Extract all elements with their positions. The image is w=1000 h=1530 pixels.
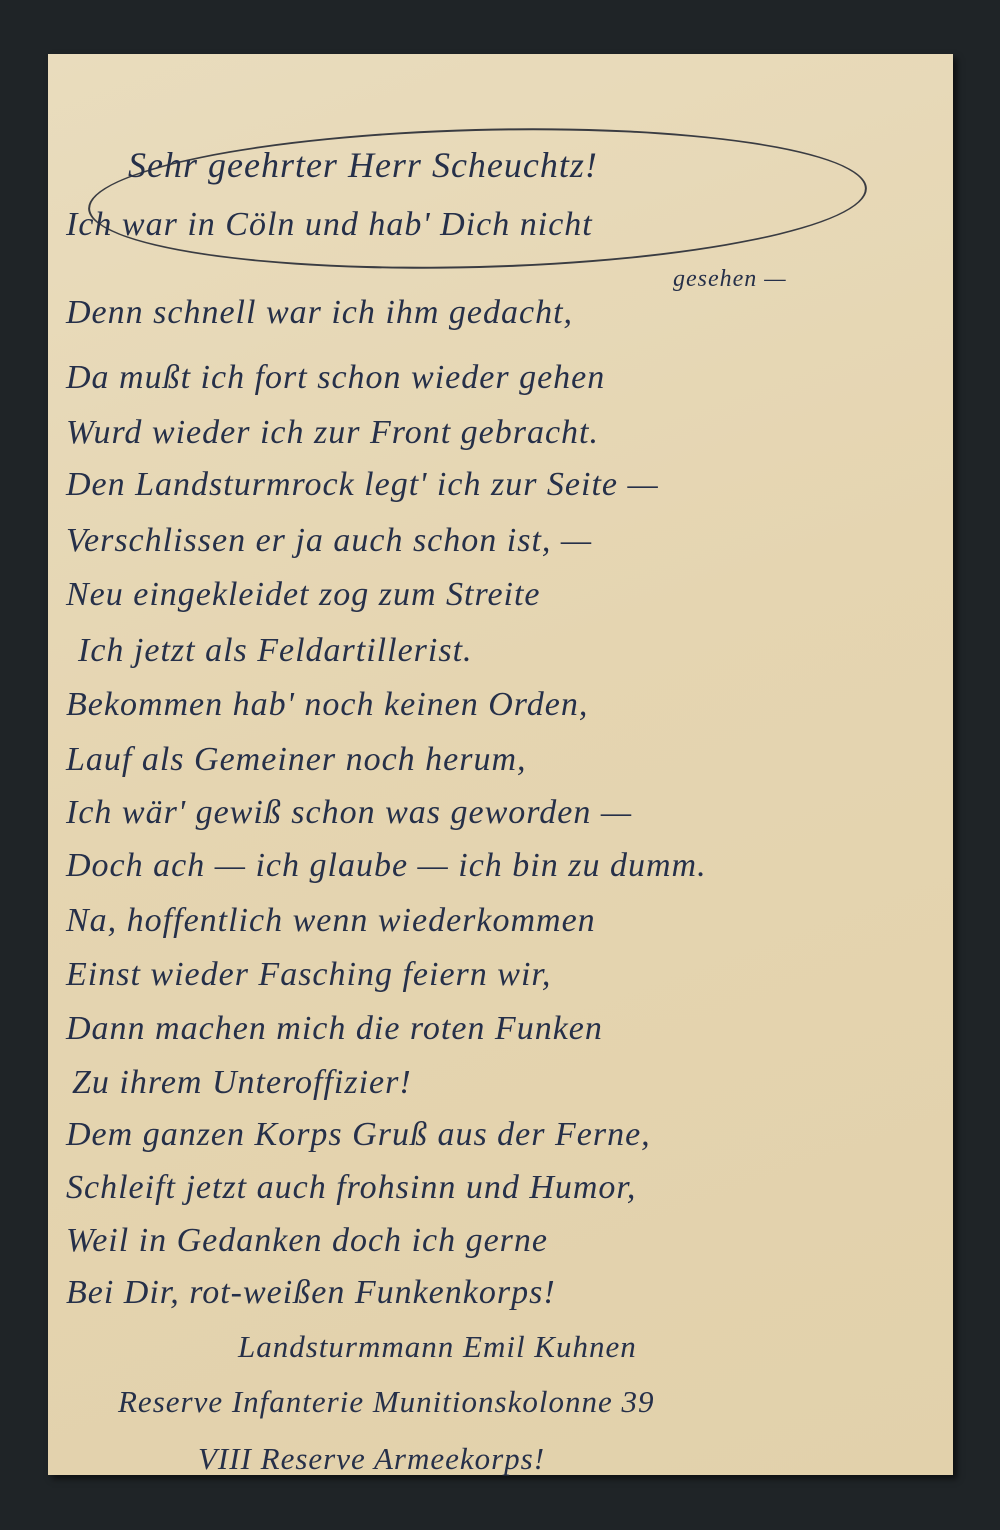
signature-unit: Reserve Infanterie Munitionskolonne 39: [118, 1384, 654, 1420]
body-line-9: Bekommen hab' noch keinen Orden,: [66, 686, 588, 724]
body-line-insert: gesehen —: [673, 266, 787, 293]
body-line-8: Ich jetzt als Feldartillerist.: [78, 632, 473, 670]
body-line-6: Verschlissen er ja auch schon ist, —: [66, 522, 592, 560]
body-line-7: Neu eingekleidet zog zum Streite: [66, 576, 541, 614]
body-line-16: Zu ihrem Unteroffizier!: [72, 1064, 412, 1102]
body-line-4: Wurd wieder ich zur Front gebracht.: [66, 414, 599, 452]
body-line-19: Weil in Gedanken doch ich gerne: [66, 1222, 548, 1260]
body-line-12: Doch ach — ich glaube — ich bin zu dumm.: [66, 847, 707, 885]
signature-name: Landsturmmann Emil Kuhnen: [238, 1329, 637, 1365]
body-line-3: Da mußt ich fort schon wieder gehen: [66, 359, 605, 397]
signature-corps: VIII Reserve Armeekorps!: [198, 1441, 545, 1477]
body-line-10: Lauf als Gemeiner noch herum,: [66, 741, 527, 779]
body-line-1: Ich war in Cöln und hab' Dich nicht: [66, 206, 593, 244]
body-line-15: Dann machen mich die roten Funken: [66, 1010, 603, 1048]
body-line-5: Den Landsturmrock legt' ich zur Seite —: [66, 466, 659, 504]
postcard: Sehr geehrter Herr Scheuchtz! Ich war in…: [48, 54, 953, 1475]
body-line-20: Bei Dir, rot-weißen Funkenkorps!: [66, 1274, 556, 1312]
body-line-17: Dem ganzen Korps Gruß aus der Ferne,: [66, 1116, 651, 1154]
salutation-oval: [86, 119, 868, 278]
body-line-13: Na, hoffentlich wenn wiederkommen: [66, 902, 596, 940]
body-line-11: Ich wär' gewiß schon was geworden —: [66, 794, 632, 832]
body-line-14: Einst wieder Fasching feiern wir,: [66, 956, 551, 994]
body-line-2: Denn schnell war ich ihm gedacht,: [66, 294, 573, 332]
body-line-18: Schleift jetzt auch frohsinn und Humor,: [66, 1169, 636, 1207]
salutation: Sehr geehrter Herr Scheuchtz!: [128, 144, 598, 186]
